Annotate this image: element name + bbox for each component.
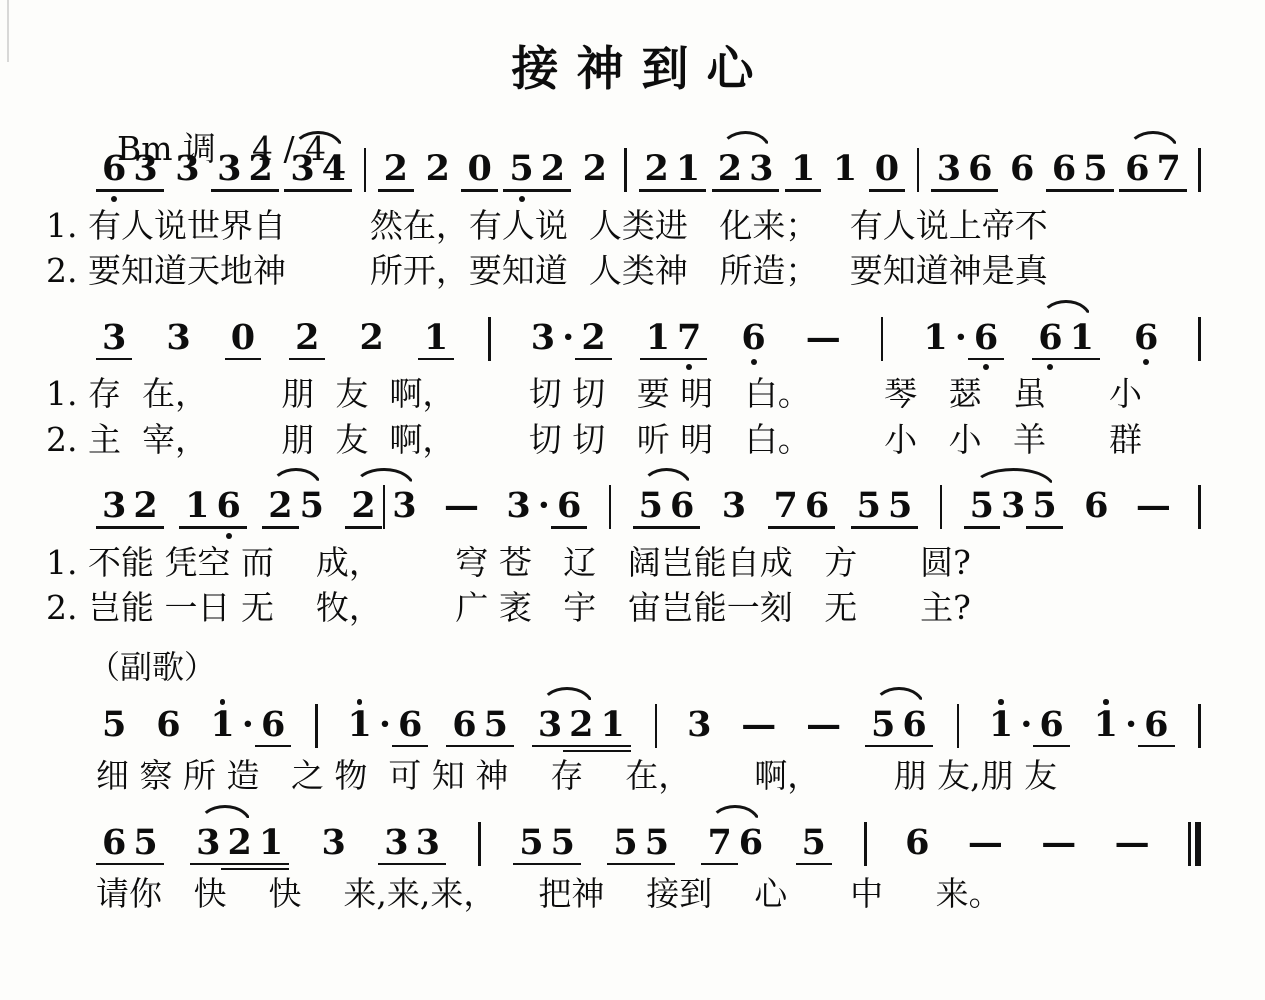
note-group (881, 311, 884, 361)
note-number: 5 (133, 825, 157, 860)
slur-group: 34 (290, 142, 346, 192)
note-group (624, 142, 627, 192)
underline (225, 358, 261, 361)
note-number: 1 (989, 707, 1013, 742)
note-number: 6 (1052, 151, 1076, 186)
augmentation-dot: · (538, 479, 550, 523)
note: 3 (175, 142, 199, 186)
underline (1064, 358, 1100, 361)
note-group: 1·6 (989, 698, 1064, 748)
note-group (488, 311, 491, 361)
note-number: 5 (802, 825, 826, 860)
note-group (957, 698, 960, 748)
note-number: — (806, 707, 841, 742)
barline (478, 822, 481, 866)
underline (595, 750, 631, 753)
note-number: 1 (833, 151, 857, 186)
note-number: 2 (249, 151, 273, 186)
note-group: 6 (1134, 311, 1158, 365)
note: 2 (645, 142, 669, 192)
note-number: 2 (295, 320, 319, 355)
note-number: 6 (557, 488, 581, 523)
system-4: （副歌）561·61·6653213——561·61·6细 察 所 造 之 物 … (46, 642, 1211, 798)
final-barline (1188, 822, 1201, 866)
note-number: 1 (676, 151, 700, 186)
note: 1 (646, 311, 670, 361)
barline (881, 317, 884, 361)
note: 6 (557, 479, 581, 529)
note-group: 32 (102, 479, 158, 529)
slur-group: 61 (1038, 311, 1094, 371)
system-5: 6532133355557656———请你 快 快 来,来,来， 把神 接到 心… (46, 816, 1211, 916)
note: 1 (185, 479, 209, 529)
music-line-4: 561·61·6653213——561·61·6 (102, 698, 1201, 753)
note-group (1188, 816, 1201, 866)
note-number: 3 (416, 825, 440, 860)
note-number: 2 (426, 151, 450, 186)
note-group (478, 816, 481, 866)
note-number: 3 (1001, 488, 1025, 523)
note-group: 1 (833, 142, 857, 186)
note-group (1198, 479, 1201, 529)
note-group: 76 (774, 479, 830, 529)
note-number: 2 (360, 320, 384, 355)
note-number: 6 (968, 151, 992, 186)
note-number: 3 (322, 825, 346, 860)
note: 5 (133, 816, 157, 866)
note-group: — (1041, 816, 1076, 860)
note-group: 65 (1052, 142, 1108, 192)
note-group: 0 (467, 142, 491, 192)
low-octave-dot (1047, 364, 1053, 370)
note: 5 (509, 142, 533, 202)
note-group: 2 (384, 142, 408, 192)
slur-arc (873, 687, 925, 707)
note-number: 2 (645, 151, 669, 186)
underline (664, 526, 700, 529)
note-number: 3 (506, 488, 530, 523)
note-number: 2 (268, 488, 292, 523)
note: 2 (384, 142, 408, 192)
lyrics-verse-2: 2. 主 宰， 朋 友 啊， 切 切 听 明 白。 小 小 羊 群 (46, 418, 1211, 462)
note-number: 5 (613, 825, 637, 860)
note-number: 5 (509, 151, 533, 186)
note-number: — (806, 320, 841, 355)
note: 6 (1134, 311, 1158, 365)
note-number: — (968, 825, 1003, 860)
slur-arc (972, 468, 1055, 488)
underline (639, 863, 675, 866)
note-number: 6 (670, 488, 694, 523)
augmentation-dot: · (1020, 698, 1032, 742)
underline (545, 863, 581, 866)
note-number: 6 (805, 488, 829, 523)
underline (253, 863, 289, 866)
note-number: 6 (398, 707, 422, 742)
note-number: 3 (538, 707, 562, 742)
note-number: 7 (707, 825, 731, 860)
note-number: 3 (722, 488, 746, 523)
note: 3 (384, 816, 408, 866)
note-group: 55 (613, 816, 669, 866)
note-number: 5 (857, 488, 881, 523)
underline (535, 189, 571, 192)
note-group: 1 (791, 142, 815, 192)
note-group: 33 (384, 816, 440, 866)
note: 2 (360, 311, 384, 355)
final-barline-thin (1188, 822, 1191, 866)
note: 5 (613, 816, 637, 866)
slur-arc (353, 468, 414, 488)
note: 1 (210, 698, 234, 742)
note-group (1198, 311, 1201, 361)
barline (315, 704, 318, 748)
note: 3 (722, 479, 746, 523)
note-number: 7 (774, 488, 798, 523)
note-group: 3 (102, 311, 126, 361)
note: 3 (531, 311, 555, 355)
underline (243, 189, 279, 192)
underline (799, 526, 835, 529)
note-number: 3 (166, 320, 190, 355)
low-octave-dot (519, 196, 525, 202)
note-number: · (1020, 707, 1032, 742)
note-number: 6 (1084, 488, 1108, 523)
note-group (364, 142, 367, 192)
note-group: — (444, 479, 479, 523)
underline (410, 863, 446, 866)
underline (671, 358, 707, 361)
underline (785, 189, 821, 192)
note-group: 6 (156, 698, 180, 742)
low-octave-dot (226, 533, 232, 539)
note-group: 0 (875, 142, 899, 192)
lyrics-verse-1: 1. 有人说世界自 然在，有人说 人类进 化来； 有人说上帝不 (46, 204, 1211, 248)
note-group: 1 (424, 311, 448, 361)
note-group: 6 (741, 311, 765, 365)
note-group: 5 (802, 816, 826, 866)
note-number: 6 (1039, 707, 1063, 742)
underline (869, 189, 905, 192)
note-number: 2 (133, 488, 157, 523)
note-group: 0 (231, 311, 255, 361)
slur-group: 56 (639, 479, 695, 529)
note-number: 5 (645, 825, 669, 860)
barline (1198, 317, 1201, 361)
note-group: 1·6 (923, 311, 998, 371)
lyrics-verse-1: 1. 存 在， 朋 友 啊， 切 切 要 明 白。 琴 瑟 虽 小 (46, 372, 1211, 416)
underline (392, 745, 428, 748)
final-barline-thick (1195, 822, 1202, 866)
note-number: 1 (348, 707, 372, 742)
note: 5 (551, 816, 575, 866)
lyrics-verse-1: 1. 不能 凭空 而 成， 穹 苍 辽 阔岂能自成 方 圆? (46, 541, 1211, 585)
low-octave-dot (1143, 359, 1149, 365)
note-number: 1 (923, 320, 947, 355)
slur-group: 321 (538, 698, 625, 753)
underline (378, 189, 414, 192)
note: 2 (249, 142, 273, 192)
note-group: 5 (102, 698, 126, 742)
lyrics-verse-2: 2. 岂能 一日 无 牧， 广 袤 宇 宙岂能一刻 无 主? (46, 586, 1211, 630)
note: 5 (857, 479, 881, 529)
note: 1 (676, 142, 700, 192)
note-number: 5 (484, 707, 508, 742)
note-number: 3 (102, 320, 126, 355)
underline (127, 189, 163, 192)
note-number: 6 (974, 320, 998, 355)
note-group (940, 479, 943, 529)
note-number: 5 (871, 707, 895, 742)
note-group: 6 (1010, 142, 1034, 186)
note: 1 (989, 698, 1013, 742)
note-group: 2 (583, 142, 607, 186)
note-group: — (806, 698, 841, 742)
note: 1 (601, 698, 625, 753)
music-systems: 6333234220522212311036665671. 有人说世界自 然在，… (0, 142, 1265, 916)
barline (1198, 704, 1201, 748)
note-number: 1 (185, 488, 209, 523)
music-line-1: 633323422052221231103666567 (102, 142, 1201, 202)
note: 6 (905, 816, 929, 860)
note-group: 17 (646, 311, 702, 371)
note-number: 1 (1094, 707, 1118, 742)
note-number: 5 (888, 488, 912, 523)
augmentation-dot: · (562, 311, 574, 355)
note-group: 55 (857, 479, 913, 529)
note-group: — (1115, 816, 1150, 860)
note-number: 6 (905, 825, 929, 860)
note-number: 2 (351, 488, 375, 523)
note-group (917, 142, 920, 192)
underline (461, 189, 497, 192)
low-octave-dot (686, 364, 692, 370)
note: 3 (322, 816, 346, 860)
duration-dash: — (806, 698, 841, 742)
note-number: — (1136, 488, 1171, 523)
note-number: 1 (601, 707, 625, 742)
note: 6 (1052, 142, 1076, 192)
duration-dash: — (1136, 479, 1171, 523)
underline (345, 526, 381, 529)
note-group: 1·6 (210, 698, 285, 748)
underline (418, 358, 454, 361)
note-number: 2 (569, 707, 593, 742)
note: 6 (156, 698, 180, 742)
note-number: 5 (1032, 488, 1056, 523)
note: 6 (261, 698, 285, 748)
slur-arc (709, 805, 761, 825)
duration-dash: — (1115, 816, 1150, 860)
note-number: 5 (519, 825, 543, 860)
note: 6 (1039, 698, 1063, 748)
note-group (1198, 142, 1201, 192)
slur-group: 23 (718, 142, 774, 192)
song-title: 接神到心 (0, 0, 1265, 96)
note-group: 55 (519, 816, 575, 866)
slur-group: 23 (351, 479, 416, 529)
rest-note: 0 (875, 142, 899, 192)
barline (655, 704, 658, 748)
slur-arc (641, 468, 693, 488)
barline (957, 704, 960, 748)
underline (255, 745, 291, 748)
underline (968, 358, 1004, 361)
note-number: 5 (970, 488, 994, 523)
note-number: 1 (1070, 320, 1094, 355)
underline (1138, 745, 1174, 748)
barline (1198, 485, 1201, 529)
note: 1 (1094, 698, 1118, 742)
note-group: 2 (426, 142, 450, 186)
note: 3 (687, 698, 711, 742)
duration-dash: — (741, 698, 776, 742)
music-line-5: 6532133355557656——— (102, 816, 1201, 871)
note-group: — (806, 311, 841, 355)
note: 7 (774, 479, 798, 529)
rest-note: 0 (467, 142, 491, 192)
note-number: — (1115, 825, 1150, 860)
underline (1150, 189, 1186, 192)
note-number: 6 (1125, 151, 1149, 186)
duration-dash: — (1041, 816, 1076, 860)
note-number: 3 (384, 825, 408, 860)
note-number: — (444, 488, 479, 523)
slur-group: 56 (871, 698, 927, 748)
note-number: 2 (581, 320, 605, 355)
note: 6 (102, 816, 126, 866)
note-number: 3 (531, 320, 555, 355)
underline (964, 526, 1000, 529)
underline (670, 189, 706, 192)
chorus-label: （副歌） (88, 642, 1211, 688)
note-number: 6 (452, 707, 476, 742)
note-number: 6 (1038, 320, 1062, 355)
note-group: — (741, 698, 776, 742)
note-number: 6 (739, 825, 763, 860)
note: 1 (791, 142, 815, 192)
note-number: 3 (102, 488, 126, 523)
note-group: 65 (102, 816, 158, 866)
note-group: 6 (905, 816, 929, 860)
underline (882, 526, 918, 529)
slur-arc (270, 468, 322, 488)
note-number: 0 (467, 151, 491, 186)
note: 3 (937, 142, 961, 192)
augmentation-dot: · (379, 698, 391, 742)
note-number: · (562, 320, 574, 355)
note: 5 (802, 816, 826, 866)
note-number: 3 (392, 488, 416, 523)
note-number: 1 (791, 151, 815, 186)
underline (289, 358, 325, 361)
note-group: — (1136, 479, 1171, 523)
note-group: 3 (687, 698, 711, 742)
underline (96, 358, 132, 361)
underline (551, 526, 587, 529)
note: 2 (133, 479, 157, 529)
slur-arc (198, 805, 252, 825)
note-number: 3 (687, 707, 711, 742)
note-group: 65 (452, 698, 508, 748)
underline (253, 868, 289, 871)
barline (940, 485, 943, 529)
note: 5 (484, 698, 508, 748)
underline (595, 745, 631, 748)
note-group (655, 698, 658, 748)
note-group: 3 (322, 816, 346, 860)
note: 2 (583, 142, 607, 186)
note-number: 6 (102, 151, 126, 186)
underline (743, 189, 779, 192)
underline (701, 863, 737, 866)
underline (1026, 526, 1062, 529)
note: 6 (102, 142, 126, 202)
barline (864, 822, 867, 866)
note: 3 (102, 479, 126, 529)
system-3: 32162523—3·656376555356—1. 不能 凭空 而 成， 穹 … (46, 479, 1211, 630)
barline (383, 485, 386, 529)
slur-arc (540, 687, 594, 707)
system-2: 3302213·2176—1·66161. 存 在， 朋 友 啊， 切 切 要 … (46, 311, 1211, 462)
note: 2 (295, 311, 319, 361)
note-group: 3 (722, 479, 746, 523)
note-number: 6 (216, 488, 240, 523)
note-number: 3 (937, 151, 961, 186)
note-group (1198, 698, 1201, 748)
note-number: · (379, 707, 391, 742)
note-number: 1 (646, 320, 670, 355)
note-number: · (242, 707, 254, 742)
lyrics-line: 细 察 所 造 之 物 可 知 神 存 在， 啊， 朋 友,朋 友 (96, 754, 1211, 798)
note-group: 1·6 (348, 698, 423, 748)
note: 6 (216, 479, 240, 539)
note-number: · (955, 320, 967, 355)
barline (609, 485, 612, 529)
slur-arc (1127, 131, 1179, 151)
note-group: 3 (175, 142, 199, 186)
underline (896, 745, 932, 748)
note-group: 32 (217, 142, 273, 192)
underline (316, 189, 352, 192)
note-group: 3·2 (531, 311, 606, 361)
note: 3 (217, 142, 241, 192)
note: 2 (581, 311, 605, 361)
note-group: 63 (102, 142, 158, 202)
note-number: 3 (217, 151, 241, 186)
note: 1 (259, 816, 283, 871)
note-number: 3 (196, 825, 220, 860)
note-number: 6 (102, 825, 126, 860)
note-number: 6 (156, 707, 180, 742)
augmentation-dot: · (242, 698, 254, 742)
note-group (315, 698, 318, 748)
slur-arc (720, 131, 772, 151)
note-number: 5 (551, 825, 575, 860)
note: 6 (1084, 479, 1108, 523)
low-octave-dot (751, 359, 757, 365)
slur-group: 535 (970, 479, 1057, 529)
note-number: 3 (175, 151, 199, 186)
low-octave-dot (111, 196, 117, 202)
note-number: 2 (541, 151, 565, 186)
note-group: 1·6 (1094, 698, 1169, 748)
note: 5 (888, 479, 912, 529)
barline (364, 148, 367, 192)
underline (575, 358, 611, 361)
slur-group: 25 (268, 479, 324, 529)
note: 5 (1083, 142, 1107, 192)
